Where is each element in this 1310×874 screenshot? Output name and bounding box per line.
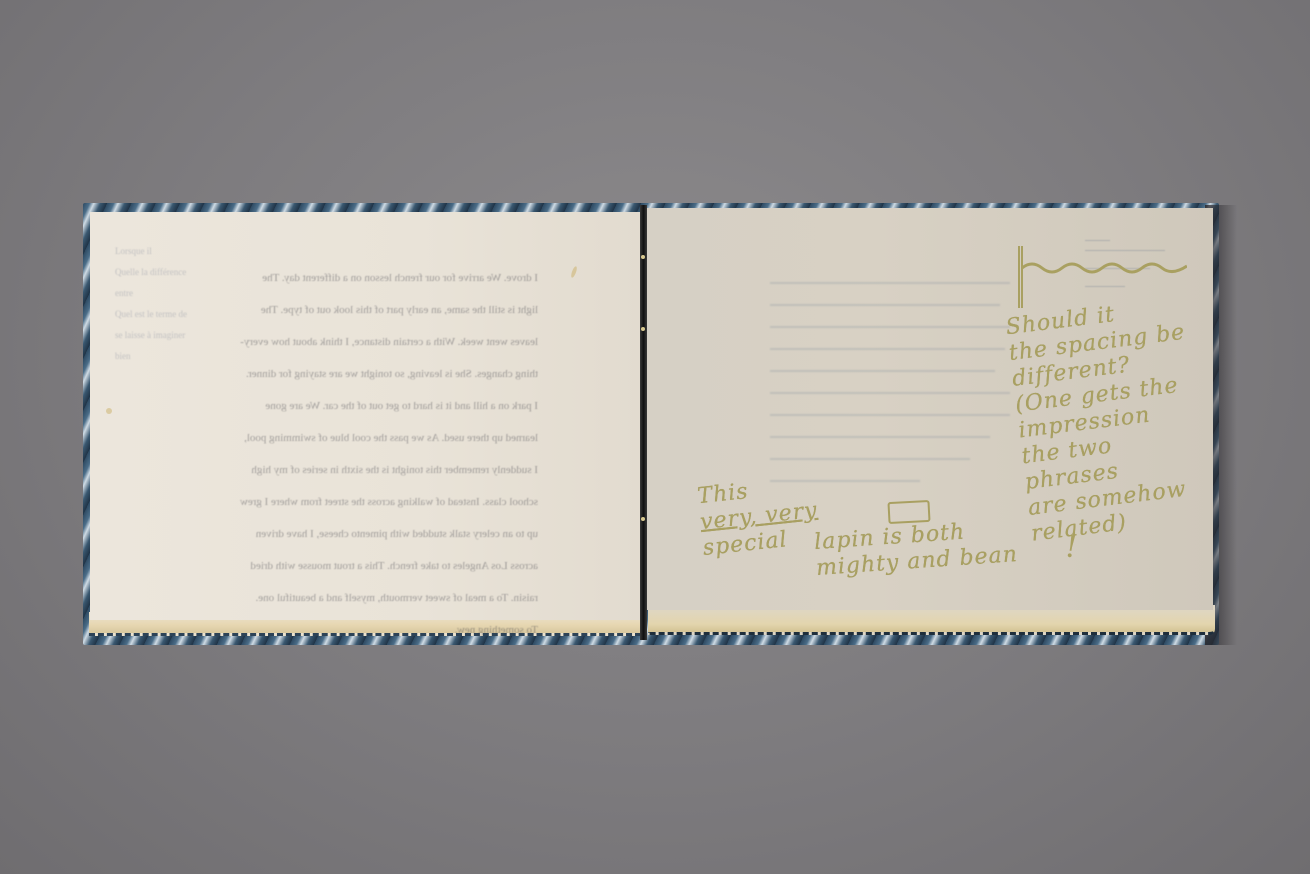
ghost-line [1085, 286, 1125, 300]
text-line: school class. Instead of walking across … [238, 486, 538, 518]
text-line: thing changes. She is leaving, so tonigh… [238, 358, 538, 390]
ghost-line [770, 414, 1010, 436]
ghost-line [770, 436, 990, 458]
paper-stain [106, 408, 112, 414]
text-line: I park on a hill and it is hard to get o… [238, 390, 538, 422]
book-gutter [640, 205, 647, 640]
text-line: leaves went week. With a certain distanc… [238, 326, 538, 358]
ghost-line: Quel est le terme de [115, 308, 187, 321]
ghost-line: entre [115, 287, 187, 300]
text-line: I drove. We arrive for our french lesson… [238, 262, 538, 294]
text-line: learned up there used. As we pass the co… [238, 422, 538, 454]
ghost-line: se laisse à imaginer [115, 329, 187, 342]
text-line: up to an celery stalk studded with pimen… [238, 518, 538, 550]
ghost-line [770, 282, 1010, 304]
ghost-line [770, 348, 1005, 370]
annotation-wavy-line [1022, 258, 1187, 278]
annotation-box-mark [887, 500, 930, 524]
right-page-ghost-text [770, 270, 1020, 502]
binding-stitch [641, 517, 645, 521]
ghost-line [1085, 240, 1110, 246]
ghost-line [770, 392, 1010, 414]
photo-scene: Lorsque il Quelle la différence entre Qu… [0, 0, 1310, 874]
ghost-line: Quelle la différence [115, 266, 187, 279]
binding-stitch [641, 255, 645, 259]
left-margin-ghost-text: Lorsque il Quelle la différence entre Qu… [115, 245, 187, 371]
ghost-line [770, 326, 1010, 348]
annotation-bottom-left: This very, very special [696, 472, 821, 562]
text-line: across Los Angeles to take french. This … [238, 550, 538, 582]
ghost-line [770, 304, 1000, 326]
left-page-mirrored-text: I drove. We arrive for our french lesson… [238, 262, 538, 646]
text-line: light is still the same, an early part o… [238, 294, 538, 326]
text-line: To something new. [238, 614, 538, 646]
ghost-line: bien [115, 350, 187, 363]
text-line: raisin. To a meal of sweet vermouth, mys… [238, 582, 538, 614]
ghost-line: Lorsque il [115, 245, 187, 258]
ghost-line [770, 370, 995, 392]
text-line: I suddenly remember this tonight is the … [238, 454, 538, 486]
binding-stitch [641, 327, 645, 331]
annotation-side-note: Should it the spacing be different? (One… [1004, 292, 1221, 547]
